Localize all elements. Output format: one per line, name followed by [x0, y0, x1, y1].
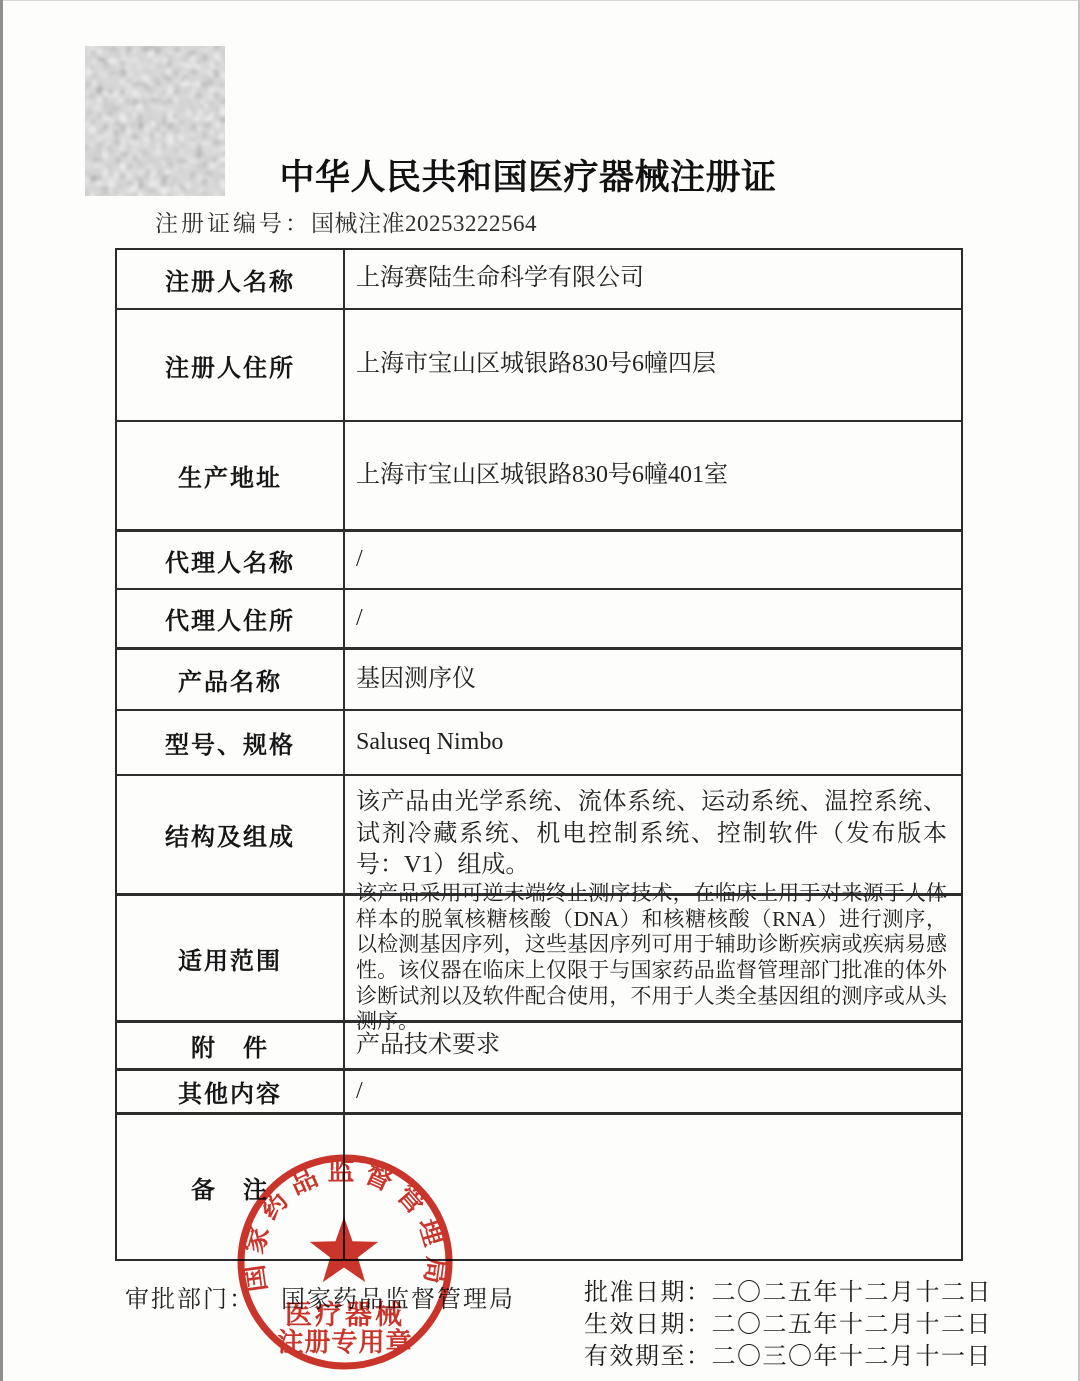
- row-product-name: 产品名称 基因测序仪: [117, 647, 961, 709]
- row-production-address: 生产地址 上海市宝山区城银路830号6幢401室: [117, 420, 961, 529]
- registrant-address-value: 上海市宝山区城银路830号6幢四层: [343, 310, 961, 420]
- model-spec-value: Saluseq Nimbo: [343, 711, 961, 774]
- registration-number-value: 国械注准20253222564: [311, 211, 537, 236]
- row-agent-address: 代理人住所 /: [117, 588, 961, 647]
- certificate-table: 注册人名称 上海赛陆生命科学有限公司 注册人住所 上海市宝山区城银路830号6幢…: [115, 248, 963, 1261]
- registrant-name-label: 注册人名称: [117, 250, 343, 308]
- production-address-label: 生产地址: [117, 422, 343, 529]
- certificate-page: 中华人民共和国医疗器械注册证 注册证编号：国械注准20253222564 注册人…: [0, 0, 1080, 1381]
- product-name-label: 产品名称: [117, 650, 343, 709]
- agent-address-value: /: [343, 590, 961, 647]
- attachment-label: 附 件: [117, 1023, 343, 1068]
- row-model-spec: 型号、规格 Saluseq Nimbo: [117, 709, 961, 774]
- production-address-value: 上海市宝山区城银路830号6幢401室: [343, 422, 961, 529]
- approval-date-label: 批准日期：: [584, 1280, 712, 1306]
- official-seal: 国家药品监督管理局 医疗器械 注册专用章: [226, 1147, 466, 1381]
- agent-name-label: 代理人名称: [117, 532, 343, 588]
- attachment-value: 产品技术要求: [343, 1023, 961, 1068]
- effective-date-value: 二〇二五年十二月十二日: [712, 1312, 993, 1338]
- approval-date: 批准日期：二〇二五年十二月十二日: [584, 1277, 992, 1309]
- row-agent-name: 代理人名称 /: [117, 529, 961, 588]
- structure-composition-label: 结构及组成: [117, 776, 343, 893]
- row-intended-use: 适用范围 该产品采用可逆末端终止测序技术，在临床上用于对来源于人体样本的脱氧核糖…: [117, 893, 961, 1020]
- effective-date-label: 生效日期：: [584, 1312, 712, 1338]
- expiry-date: 有效期至：二〇三〇年十二月十一日: [584, 1341, 992, 1373]
- structure-composition-value: 该产品由光学系统、流体系统、运动系统、温控系统、试剂冷藏系统、机电控制系统、控制…: [343, 776, 961, 893]
- seal-line2: 注册专用章: [277, 1327, 412, 1357]
- expiry-date-value: 二〇三〇年十二月十一日: [712, 1344, 993, 1370]
- row-other-content: 其他内容 /: [117, 1068, 961, 1112]
- seal-line1: 医疗器械: [285, 1300, 405, 1330]
- row-registrant-address: 注册人住所 上海市宝山区城银路830号6幢四层: [117, 308, 961, 420]
- agent-name-value: /: [343, 532, 961, 588]
- row-attachment: 附 件 产品技术要求: [117, 1020, 961, 1068]
- effective-date: 生效日期：二〇二五年十二月十二日: [584, 1309, 992, 1341]
- row-registrant-name: 注册人名称 上海赛陆生命科学有限公司: [117, 250, 961, 308]
- row-structure-composition: 结构及组成 该产品由光学系统、流体系统、运动系统、温控系统、试剂冷藏系统、机电控…: [117, 774, 961, 893]
- registrant-name-value: 上海赛陆生命科学有限公司: [343, 250, 961, 308]
- other-content-label: 其他内容: [117, 1071, 343, 1112]
- expiry-date-label: 有效期至：: [584, 1344, 712, 1370]
- product-name-value: 基因测序仪: [343, 650, 961, 709]
- intended-use-value: 该产品采用可逆末端终止测序技术，在临床上用于对来源于人体样本的脱氧核糖核酸（DN…: [343, 896, 961, 1020]
- registration-number: 注册证编号：国械注准20253222564: [155, 205, 537, 238]
- intended-use-label: 适用范围: [117, 896, 343, 1020]
- registrant-address-label: 注册人住所: [117, 310, 343, 420]
- model-spec-label: 型号、规格: [117, 711, 343, 774]
- seal-star-icon: [310, 1217, 378, 1282]
- other-content-value: /: [343, 1071, 961, 1112]
- registration-number-label: 注册证编号：: [155, 211, 311, 236]
- dates-block: 批准日期：二〇二五年十二月十二日 生效日期：二〇二五年十二月十二日 有效期至：二…: [584, 1277, 992, 1373]
- approval-date-value: 二〇二五年十二月十二日: [712, 1280, 993, 1306]
- agent-address-label: 代理人住所: [117, 590, 343, 647]
- certificate-title: 中华人民共和国医疗器械注册证: [0, 150, 1068, 200]
